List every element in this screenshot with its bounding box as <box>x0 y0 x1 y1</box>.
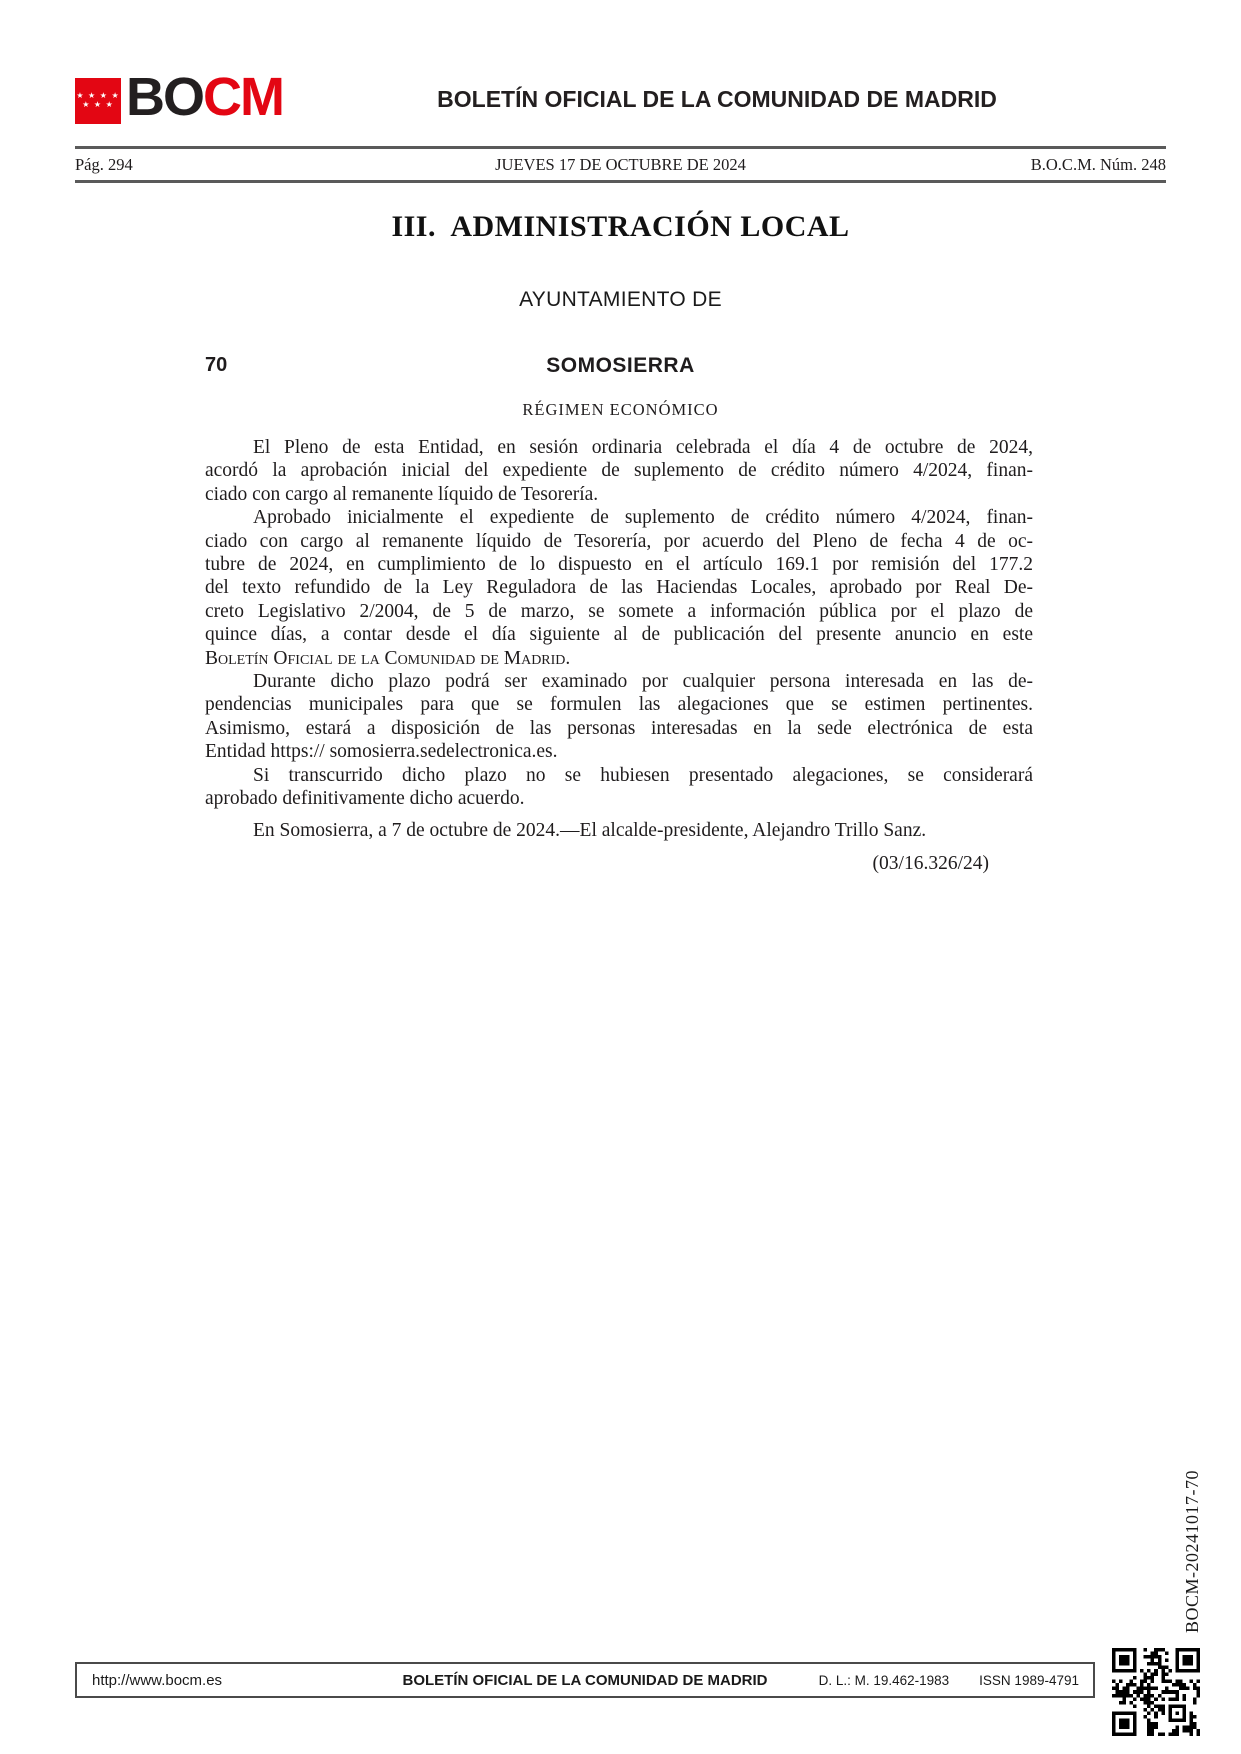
paragraph: Si transcurrido dicho plazo no se hubies… <box>205 764 1033 811</box>
body-text: El Pleno de esta Entidad, en sesión ordi… <box>205 436 1033 875</box>
body-line: El Pleno de esta Entidad, en sesión ordi… <box>205 436 1033 459</box>
madrid-flag-logo: ★ ★ ★ ★ ★ ★ ★ <box>75 78 121 124</box>
bocm-wordmark: BOCM <box>126 70 283 124</box>
body-line: ciado con cargo al remanente líquido de … <box>205 483 1033 506</box>
paragraph: Aprobado inicialmente el expediente de s… <box>205 506 1033 670</box>
footer-issn: ISSN 1989-4791 <box>979 1673 1079 1688</box>
masthead-title: BOLETÍN OFICIAL DE LA COMUNIDAD DE MADRI… <box>268 86 1166 113</box>
body-line: ciado con cargo al remanente líquido de … <box>205 530 1033 553</box>
header-meta-row: Pág. 294 JUEVES 17 DE OCTUBRE DE 2024 B.… <box>75 151 1166 178</box>
bocm-wordmark-bo: BO <box>126 67 203 127</box>
flag-stars-icon: ★ ★ ★ ★ <box>75 92 121 100</box>
body-line: Boletín Oficial de la Comunidad de Madri… <box>205 647 1033 670</box>
header-rule-bottom <box>75 180 1166 183</box>
section-heading: III. ADMINISTRACIÓN LOCAL <box>0 210 1241 244</box>
body-line: acordó la aprobación inicial del expedie… <box>205 459 1033 482</box>
municipality-heading: SOMOSIERRA <box>0 354 1241 378</box>
qr-code <box>1112 1648 1200 1736</box>
paragraph: Durante dicho plazo podrá ser examinado … <box>205 670 1033 764</box>
side-document-code: BOCM-20241017-70 <box>1182 1443 1205 1633</box>
body-line: Si transcurrido dicho plazo no se hubies… <box>205 764 1033 787</box>
issue-date: JUEVES 17 DE OCTUBRE DE 2024 <box>75 155 1166 175</box>
footer-deposit: D. L.: M. 19.462-1983 <box>819 1673 950 1688</box>
announcement-row: 70 SOMOSIERRA <box>0 354 1241 378</box>
footer-legal: D. L.: M. 19.462-1983 ISSN 1989-4791 <box>819 1673 1079 1688</box>
document-page: ★ ★ ★ ★ ★ ★ ★ BOCM BOLETÍN OFICIAL DE LA… <box>0 0 1241 1754</box>
body-line: quince días, a contar desde el día sigui… <box>205 623 1033 646</box>
reference-number: (03/16.326/24) <box>205 852 1033 875</box>
category-heading: RÉGIMEN ECONÓMICO <box>0 400 1241 420</box>
body-line: Durante dicho plazo podrá ser examinado … <box>205 670 1033 693</box>
flag-stars-icon: ★ ★ ★ <box>75 101 121 109</box>
footer-box: http://www.bocm.es BOLETÍN OFICIAL DE LA… <box>75 1662 1095 1698</box>
body-line: Asimismo, estará a disposición de las pe… <box>205 717 1033 740</box>
body-line: aprobado definitivamente dicho acuerdo. <box>205 787 1033 810</box>
closing-line: En Somosierra, a 7 de octubre de 2024.—E… <box>205 819 1033 842</box>
body-line: creto Legislativo 2/2004, de 5 de marzo,… <box>205 600 1033 623</box>
paragraph: El Pleno de esta Entidad, en sesión ordi… <box>205 436 1033 506</box>
body-line: del texto refundido de la Ley Reguladora… <box>205 576 1033 599</box>
body-line: tubre de 2024, en cumplimiento de lo dis… <box>205 553 1033 576</box>
subsection-heading: AYUNTAMIENTO DE <box>0 288 1241 312</box>
body-line: pendencias municipales para que se formu… <box>205 693 1033 716</box>
body-line: Entidad https:// somosierra.sedelectroni… <box>205 740 1033 763</box>
header-rule-top <box>75 146 1166 149</box>
body-line: Aprobado inicialmente el expediente de s… <box>205 506 1033 529</box>
